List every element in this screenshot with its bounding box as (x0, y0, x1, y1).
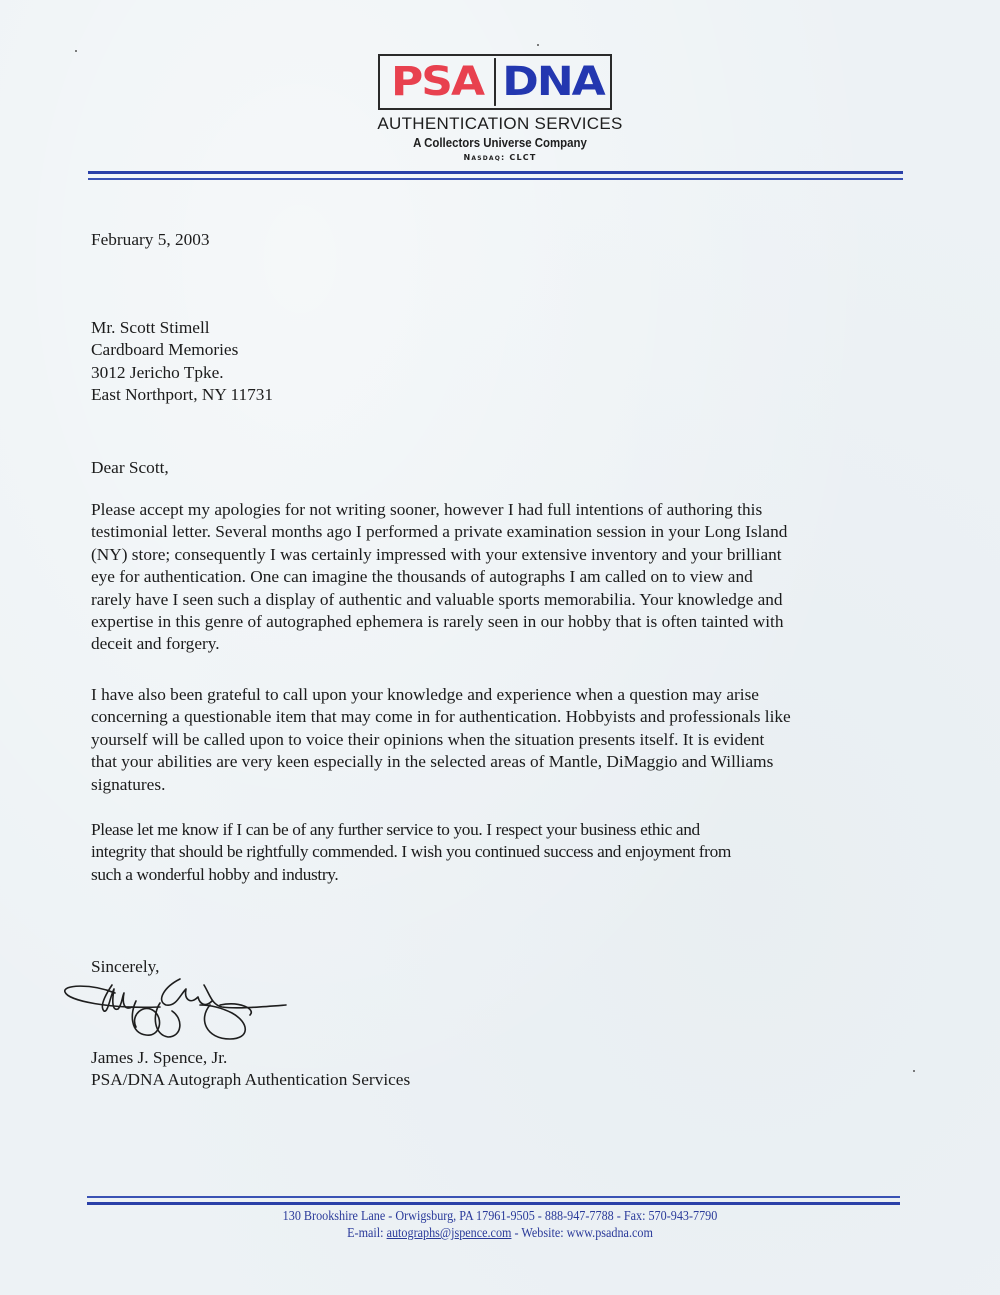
recipient-company: Cardboard Memories (91, 339, 273, 361)
footer-rule-thin (87, 1196, 900, 1198)
signer-title: PSA/DNA Autograph Authentication Service… (91, 1069, 410, 1091)
recipient-city: East Northport, NY 11731 (91, 384, 273, 406)
paragraph-line: such a wonderful hobby and industry. (91, 864, 731, 886)
paper-speck (75, 50, 77, 52)
paragraph-line: integrity that should be rightfully comm… (91, 841, 731, 863)
paragraph-2: I have also been grateful to call upon y… (91, 684, 791, 796)
paragraph-line: that your abilities are very keen especi… (91, 751, 791, 773)
logo-dna: DNA (496, 58, 610, 106)
footer-rule-thick (87, 1202, 900, 1205)
paragraph-line: expertise in this genre of autographed e… (91, 611, 787, 633)
email-label: E-mail: (347, 1225, 386, 1240)
signer-block: James J. Spence, Jr. PSA/DNA Autograph A… (91, 1047, 410, 1092)
psa-dna-logo: PSA DNA (378, 54, 612, 110)
signer-name: James J. Spence, Jr. (91, 1047, 410, 1069)
paragraph-line: concerning a questionable item that may … (91, 706, 791, 728)
paragraph-line: deceit and forgery. (91, 633, 787, 655)
signature-icon (60, 975, 290, 1045)
footer-contact: E-mail: autographs@jspence.com - Website… (50, 1225, 950, 1241)
website-text[interactable]: www.psadna.com (567, 1225, 653, 1240)
paragraph-line: I have also been grateful to call upon y… (91, 684, 791, 706)
paragraph-line: signatures. (91, 774, 791, 796)
letter-date: February 5, 2003 (91, 229, 210, 251)
recipient-name: Mr. Scott Stimell (91, 317, 273, 339)
paragraph-line: rarely have I seen such a display of aut… (91, 589, 787, 611)
paragraph-line: Please let me know if I can be of any fu… (91, 819, 731, 841)
paragraph-1: Please accept my apologies for not writi… (91, 499, 787, 656)
paragraph-line: yourself will be called upon to voice th… (91, 729, 791, 751)
paper-speck (913, 1070, 915, 1072)
paragraph-3: Please let me know if I can be of any fu… (91, 819, 731, 886)
letterhead-company: A Collectors Universe Company (60, 135, 940, 150)
logo-psa: PSA (380, 58, 496, 106)
email-link[interactable]: autographs@jspence.com (387, 1225, 512, 1240)
letterhead-subtitle: AUTHENTICATION SERVICES (0, 114, 1000, 134)
recipient-street: 3012 Jericho Tpke. (91, 362, 273, 384)
footer-address: 130 Brookshire Lane - Orwigsburg, PA 179… (50, 1208, 950, 1224)
salutation: Dear Scott, (91, 457, 169, 479)
website-label: - Website: (511, 1225, 566, 1240)
paragraph-line: eye for authentication. One can imagine … (91, 566, 787, 588)
paragraph-line: Please accept my apologies for not writi… (91, 499, 787, 521)
header-rule-thin (88, 178, 903, 180)
paragraph-line: testimonial letter. Several months ago I… (91, 521, 787, 543)
recipient-address: Mr. Scott Stimell Cardboard Memories 301… (91, 317, 273, 407)
letterhead-ticker: Nasdaq: CLCT (0, 153, 1000, 162)
paragraph-line: (NY) store; consequently I was certainly… (91, 544, 787, 566)
header-rule-thick (88, 171, 903, 174)
paper-speck (537, 44, 539, 46)
